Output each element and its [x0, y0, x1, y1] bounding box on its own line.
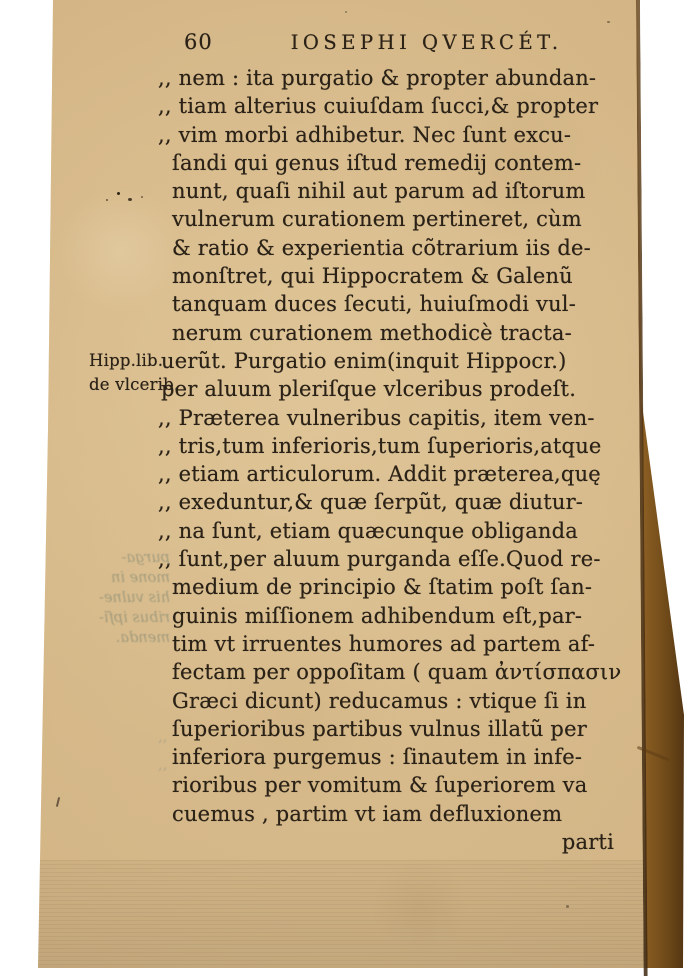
text-line: nunt, quaſi nihil aut parum ad iſtorum [158, 177, 620, 205]
text-line: cuemus , partim vt iam defluxionem [158, 800, 620, 828]
text-line: rioribus per vomitum & ſuperiorem va [158, 771, 620, 799]
text-line: ,, tiam alterius cuiuſdam ſucci,& propte… [158, 92, 620, 120]
text-line: guinis miſſionem adhibendum eſt,par- [158, 602, 620, 630]
bleedthrough-line: purga- [52, 548, 170, 568]
page-header: 60 IOSEPHI QVERCÉT. [158, 30, 618, 56]
text-line: monſtret, qui Hippocratem & Galenũ [158, 262, 620, 290]
scanned-book-page: 60 IOSEPHI QVERCÉT. Hipp.lib. de vlcerib… [0, 0, 690, 976]
text-line: ,, ſunt,per aluum purganda eſſe.Quod re- [158, 545, 620, 573]
text-line: ſuperioribus partibus vulnus illatũ per [158, 715, 620, 743]
text-line: ,, na ſunt, etiam quæcunque obliganda [158, 517, 620, 545]
text-line: ,, Præterea vulneribus capitis, item ven… [158, 404, 620, 432]
ink-speck [106, 199, 108, 201]
bleedthrough-quote-mark: ,, [158, 727, 168, 745]
bleedthrough-text: purga- mone in his vulne- ribus ipſi- me… [52, 548, 170, 648]
catchword: parti [158, 828, 620, 856]
text-line: tanquam duces ſecuti, huiuſmodi vul- [158, 290, 620, 318]
text-line: medium de principio & ſtatim poſt ſan- [158, 573, 620, 601]
bleedthrough-line: ribus ipſi- [52, 608, 170, 628]
text-line: uerũt. Purgatio enim(inquit Hippocr.) [158, 347, 620, 375]
body-text: ,, nem : ita purgatio & propter abundan-… [158, 64, 620, 856]
text-line: ſandi qui genus iſtud remedij contem- [158, 149, 620, 177]
text-line: & ratio & experientia cõtrarium iis de- [158, 234, 620, 262]
ink-speck [566, 905, 569, 908]
text-line: ,, tris,tum inferioris,tum ſuperioris,at… [158, 432, 620, 460]
text-line: fectam per oppoſitam ( quam ἀντίσπασιν [158, 658, 620, 686]
text-line: per aluum pleriſque vlceribus prodeſt. [158, 375, 620, 403]
bleedthrough-line: menda. [52, 628, 170, 648]
ink-speck [607, 21, 610, 23]
text-line: nerum curationem methodicè tracta- [158, 319, 620, 347]
margin-note: de vlcerib. [89, 373, 164, 397]
ink-speck [117, 192, 120, 195]
bleedthrough-quote-mark: ,, [158, 755, 168, 773]
bleedthrough-line: his vulne- [52, 588, 170, 608]
margin-note: Hipp.lib. [89, 349, 164, 373]
text-line: ,, exeduntur,& quæ ſerpũt, quæ diutur- [158, 488, 620, 516]
pen-mark [56, 797, 60, 807]
text-line: ,, etiam articulorum. Addit præterea,quę [158, 460, 620, 488]
ink-speck [141, 196, 143, 198]
bleedthrough-line: mone in [52, 568, 170, 588]
text-line: Græci dicunt) reducamus : vtique ſi in [158, 687, 620, 715]
running-title: IOSEPHI QVERCÉT. [291, 31, 563, 54]
text-line: ,, nem : ita purgatio & propter abundan- [158, 64, 620, 92]
page-number: 60 [184, 30, 213, 54]
ink-speck [345, 11, 347, 13]
paper-sheet: 60 IOSEPHI QVERCÉT. Hipp.lib. de vlcerib… [0, 0, 690, 976]
ink-speck [128, 198, 132, 201]
text-line: inferiora purgemus : ſinautem in infe- [158, 743, 620, 771]
text-line: tim vt irruentes humores ad partem af- [158, 630, 620, 658]
text-line: vulnerum curationem pertineret, cùm [158, 205, 620, 233]
text-line: ,, vim morbi adhibetur. Nec ſunt excu- [158, 121, 620, 149]
